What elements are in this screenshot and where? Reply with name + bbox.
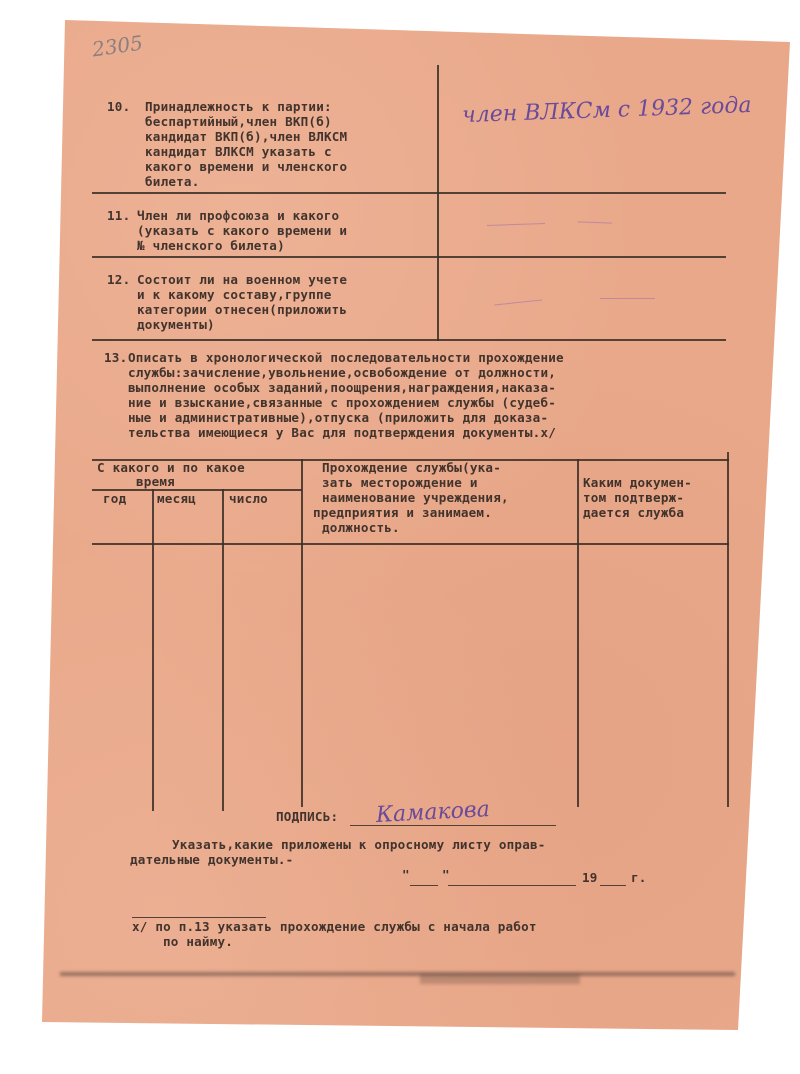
date-quote-close: "	[442, 867, 450, 883]
column-header-month: месяц	[157, 491, 196, 507]
question-line: беспартийный,член ВКП(б)	[145, 114, 332, 130]
blank-mark	[494, 299, 542, 305]
column-header-service: наименование учреждения,	[322, 490, 509, 506]
answer-column-divider	[437, 65, 439, 341]
question-line: и к какому составу,группе	[137, 287, 332, 303]
date-month-blank	[448, 885, 576, 886]
blank-mark	[578, 221, 612, 223]
question-line: какого времени и членского	[145, 159, 347, 175]
questionnaire-form: 2305 10. Принадлежность к партии: беспар…	[0, 0, 800, 1074]
column-header-service: предприятия и занимаем.	[313, 505, 492, 521]
blank-mark	[487, 223, 545, 226]
question-line: категории отнесен(приложить	[137, 302, 347, 318]
attachments-note-line: дательные документы.-	[130, 852, 293, 868]
footnote-line: х/ по п.13 указать прохождение службы с …	[132, 919, 537, 935]
column-header-service: зать месторождение и	[322, 475, 478, 491]
question-line: № членского билета)	[137, 238, 285, 254]
section-10-answer-handwritten[interactable]: член ВЛКСм с 1932 года	[462, 93, 752, 128]
instruction-line: ние и взыскание,связанные с прохождением…	[128, 395, 556, 411]
date-quote-open: "	[402, 867, 410, 883]
date-year-suffix: г.	[631, 870, 647, 886]
footnote-rule	[132, 917, 266, 918]
instruction-line: службы:зачисление,увольнение,освобождени…	[128, 365, 556, 381]
column-header-service: Прохождение службы(ука-	[322, 460, 501, 476]
question-line: Принадлежность к партии:	[145, 99, 332, 115]
section-13-number: 13.	[104, 350, 127, 366]
date-year-blank	[600, 885, 626, 886]
ink-smudge	[420, 974, 580, 984]
attachments-note-line: Указать,какие приложены к опросному лист…	[172, 837, 546, 853]
section-11-number: 11.	[107, 208, 130, 224]
footnote-line: по найму.	[163, 934, 233, 950]
archive-page-number: 2305	[91, 31, 145, 62]
column-header-document: Каким докумен-	[583, 475, 692, 491]
column-header-document: дается служба	[583, 505, 684, 521]
column-header-document: том подтверж-	[583, 490, 684, 506]
question-line: кандидат ВЛКСМ указать с	[145, 144, 332, 160]
instruction-line: Описать в хронологической последовательн…	[128, 350, 564, 366]
question-line: документы)	[137, 317, 215, 333]
column-header-year: год	[103, 491, 126, 507]
signature-handwritten[interactable]: Камакова	[375, 797, 490, 828]
instruction-line: тельства имеющиеся у Вас для подтвержден…	[128, 425, 556, 441]
column-header-service: должность.	[322, 520, 400, 536]
column-header-day: число	[229, 491, 268, 507]
question-line: Состоит ли на военном учете	[137, 272, 347, 288]
service-table-body-empty[interactable]	[92, 545, 727, 807]
date-year-prefix: 19	[582, 870, 598, 886]
divider-line	[92, 256, 726, 258]
question-line: кандидат ВКП(б),член ВЛКСМ	[145, 129, 347, 145]
blank-mark	[600, 298, 655, 299]
section-12-number: 12.	[107, 272, 130, 288]
instruction-line: выполнение особых заданий,поощрения,нагр…	[128, 380, 556, 396]
section-10-number: 10.	[107, 99, 130, 115]
bottom-cut-line	[60, 972, 735, 976]
divider-line	[92, 339, 726, 341]
signature-label: ПОДПИСЬ:	[276, 809, 338, 825]
date-range-header: время	[136, 474, 175, 490]
question-line: билета.	[145, 174, 199, 190]
table-right-border	[727, 452, 729, 807]
date-day-blank	[410, 885, 438, 886]
divider-line	[92, 192, 726, 194]
question-line: Член ли профсоюза и какого	[137, 208, 339, 224]
instruction-line: ные и административные),отпуска (приложи…	[128, 410, 548, 426]
question-line: (указать с какого времени и	[137, 223, 347, 239]
